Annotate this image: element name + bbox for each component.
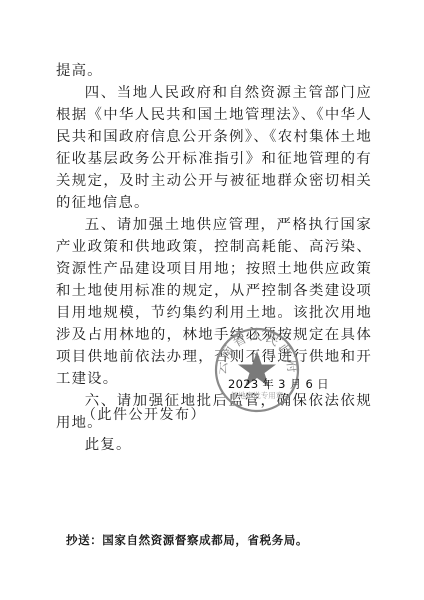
- document-page: 提高。 四、当地人民政府和自然资源主管部门应根据《中华人民共和国土地管理法》、《…: [0, 0, 424, 600]
- paragraph-continuation: 提高。: [56, 60, 372, 82]
- paragraph-closing: 此复。: [56, 434, 372, 456]
- paragraph-item-four: 四、当地人民政府和自然资源主管部门应根据《中华人民共和国土地管理法》、《中华人民…: [56, 82, 372, 214]
- cc-recipients: 抄送：国家自然资源督察成都局，省税务局。: [66, 532, 308, 548]
- issue-date: 2023 年 3 月 6 日: [228, 376, 329, 392]
- seal-icon: 云南省人民政府 征地审批专用章: [214, 327, 300, 413]
- publish-note: （此件公开发布）: [82, 404, 206, 424]
- official-seal: 云南省人民政府 征地审批专用章: [214, 327, 300, 413]
